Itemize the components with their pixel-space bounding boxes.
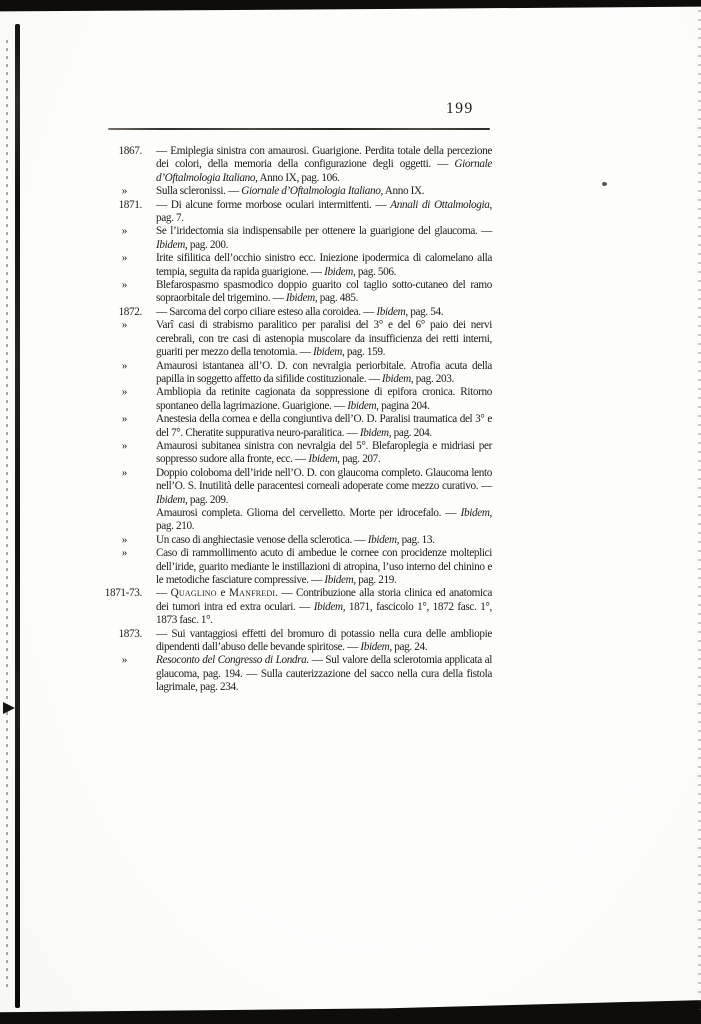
entry-text-run: pag. 506. <box>355 266 396 278</box>
journal-title: Ibidem, <box>368 534 399 546</box>
bibliography-entry: 1873.— Sui vantaggiosi effetti del bromu… <box>0 628 701 655</box>
header-rule <box>108 128 490 130</box>
entry-text: Amaurosi istantanea all’O. D. con nevral… <box>156 360 492 387</box>
bibliography-entry: »Ambliopia da retinite cagionata da sopp… <box>0 386 701 413</box>
bibliography-entry: 1871-73.— Quaglino e Manfredi. — Contrib… <box>0 587 701 627</box>
bibliography-entry: 1867.— Emiplegia sinistra con amaurosi. … <box>0 145 701 185</box>
entry-text: Amaurosi subitanea sinistra con nevralgi… <box>156 440 492 467</box>
entry-text-run: pag. 7. <box>156 212 184 224</box>
entry-text-run: pagina 204. <box>379 400 430 412</box>
ditto-mark: » <box>96 386 142 399</box>
entry-text: Sulla scleronissi. — Giornale d’Oftalmol… <box>156 185 492 198</box>
entry-text-run: pag. 207. <box>340 453 381 465</box>
entry-text-run: — Sui vantaggiosi effetti del bromuro di… <box>156 628 492 653</box>
entry-year-label: 1871. <box>96 199 142 212</box>
journal-title: Ibidem, <box>347 400 378 412</box>
journal-title: Annali di Ottalmologia, <box>390 199 492 211</box>
ditto-mark: » <box>96 654 142 667</box>
ditto-mark: » <box>96 279 142 292</box>
journal-title: Ibidem, <box>324 574 355 586</box>
entry-text-run: — Emiplegia sinistra con amaurosi. Guari… <box>156 145 492 170</box>
entry-year-label: 1871-73. <box>96 587 142 600</box>
entry-text-run: Anestesia della cornea e della congiunti… <box>156 413 492 438</box>
bibliography-entry: »Se l’iridectomia sia indispensabile per… <box>0 225 701 252</box>
entry-text: Anestesia della cornea e della congiunti… <box>156 413 492 440</box>
ditto-mark: » <box>96 185 142 198</box>
ditto-mark: » <box>96 252 142 265</box>
entry-text: Blefarospasmo spasmodico doppio guarito … <box>156 279 492 306</box>
journal-title: Ibidem, <box>314 601 345 613</box>
bibliography-entry: »Doppio coloboma dell’iride nell’O. D. c… <box>0 467 701 507</box>
entry-text-run: Manfredi <box>229 587 275 599</box>
entry-text-run: pag. 204. <box>391 427 432 439</box>
journal-title: Ibidem, <box>286 292 317 304</box>
entry-text: Un caso di anghiectasie venose della scl… <box>156 534 492 547</box>
journal-title: Ibidem, <box>360 641 391 653</box>
entry-text-run: pag. 219. <box>356 574 397 586</box>
margin-arrow-mark <box>3 702 15 714</box>
entry-text-run: pag. 203. <box>413 373 454 385</box>
entry-text-run: Se l’iridectomia sia indispensabile per … <box>156 225 492 237</box>
entry-text-run: Quaglino <box>171 587 217 599</box>
entry-text: Ambliopia da retinite cagionata da soppr… <box>156 386 492 413</box>
entry-text: — Emiplegia sinistra con amaurosi. Guari… <box>156 145 492 185</box>
bibliography-entry: »Anestesia della cornea e della congiunt… <box>0 413 701 440</box>
entry-text-run: pag. 13. <box>399 534 434 546</box>
journal-title: Ibidem, <box>308 453 339 465</box>
entry-text-run: pag. 54. <box>408 306 443 318</box>
entry-text: — Di alcune forme morbose oculari interm… <box>156 199 492 226</box>
journal-title: Ibidem, <box>382 373 413 385</box>
bibliography-entry: »Irite sifilitica dell’occhio sinistro e… <box>0 252 701 279</box>
entry-text: Se l’iridectomia sia indispensabile per … <box>156 225 492 252</box>
ditto-mark: » <box>96 360 142 373</box>
entry-year-label: 1867. <box>96 145 142 158</box>
journal-title: Ibidem, <box>324 266 355 278</box>
journal-title: Ibidem, <box>156 494 187 506</box>
entry-text-run: pag. 159. <box>344 346 385 358</box>
ditto-mark: » <box>96 225 142 238</box>
entry-text: Amaurosi completa. Glioma del cervellett… <box>156 507 492 534</box>
entry-text-run: pag. 485. <box>317 292 358 304</box>
journal-title: Ibidem, <box>313 346 344 358</box>
journal-title: Ibidem, <box>461 507 492 519</box>
entry-text-run: Ambliopia da retinite cagionata da soppr… <box>156 386 492 411</box>
ditto-mark: » <box>96 319 142 332</box>
bibliography-entry: 1872.— Sarcoma del corpo ciliare esteso … <box>0 306 701 319</box>
entry-text-run: pag. 200. <box>187 239 228 251</box>
entry-text-run: Anno IX, pag. 106. <box>258 172 340 184</box>
entry-text: Caso di rammollimento acuto di ambedue l… <box>156 547 492 587</box>
entry-year-label: 1872. <box>96 306 142 319</box>
bibliography-entry: »Caso di rammollimento acuto di ambedue … <box>0 547 701 587</box>
entry-text: Doppio coloboma dell’iride nell’O. D. co… <box>156 467 492 507</box>
journal-title: Ibidem, <box>156 239 187 251</box>
entry-text: Varî casi di strabismo paralitico per pa… <box>156 319 492 359</box>
entry-text-run: — <box>156 587 171 599</box>
entry-text-run: Doppio coloboma dell’iride nell’O. D. co… <box>156 467 492 492</box>
ditto-mark: » <box>96 547 142 560</box>
entry-text: — Sui vantaggiosi effetti del bromuro di… <box>156 628 492 655</box>
ditto-mark: » <box>96 534 142 547</box>
entry-text-run: pag. 209. <box>187 494 228 506</box>
bibliography-entry: »Blefarospasmo spasmodico doppio guarito… <box>0 279 701 306</box>
bibliography-entry: »Varî casi di strabismo paralitico per p… <box>0 319 701 359</box>
entry-text-run: — Di alcune forme morbose oculari interm… <box>156 199 390 211</box>
entry-text: Irite sifilitica dell’occhio sinistro ec… <box>156 252 492 279</box>
ditto-mark: » <box>96 413 142 426</box>
bibliography-entry: »Resoconto del Congresso di Londra. — Su… <box>0 654 701 694</box>
bibliography-entry: »Amaurosi subitanea sinistra con nevralg… <box>0 440 701 467</box>
entry-text-run: — Sarcoma del corpo ciliare esteso alla … <box>156 306 376 318</box>
journal-title: Ibidem, <box>360 427 391 439</box>
page-number: 199 <box>446 100 474 118</box>
entry-text-run: Un caso di anghiectasie venose della scl… <box>156 534 368 546</box>
entry-text-run: Sulla scleronissi. — <box>156 185 241 197</box>
journal-title: Giornale d’Oftalmologia Italiano, <box>241 185 383 197</box>
entry-text-run: pag. 210. <box>156 520 194 532</box>
bibliography-entries: 1867.— Emiplegia sinistra con amaurosi. … <box>0 145 701 695</box>
entry-text: Resoconto del Congresso di Londra. — Sul… <box>156 654 492 694</box>
entry-text-run: Amaurosi completa. Glioma del cervellett… <box>156 507 461 519</box>
bibliography-entry: »Amaurosi istantanea all’O. D. con nevra… <box>0 360 701 387</box>
bibliography-entry: Amaurosi completa. Glioma del cervellett… <box>0 507 701 534</box>
entry-text: — Sarcoma del corpo ciliare esteso alla … <box>156 306 492 319</box>
entry-year-label: 1873. <box>96 628 142 641</box>
bibliography-entry: 1871.— Di alcune forme morbose oculari i… <box>0 199 701 226</box>
entry-text: — Quaglino e Manfredi. — Contribuzione a… <box>156 587 492 627</box>
journal-title: Ibidem, <box>376 306 407 318</box>
entry-text-run: e <box>217 587 229 599</box>
entry-text-run: pag. 24. <box>392 641 427 653</box>
entry-text-run: Anno IX. <box>383 185 424 197</box>
bibliography-entry: »Un caso di anghiectasie venose della sc… <box>0 534 701 547</box>
journal-title: Resoconto del Congresso di Londra. <box>156 654 309 666</box>
ditto-mark: » <box>96 440 142 453</box>
ditto-mark: » <box>96 467 142 480</box>
bibliography-entry: »Sulla scleronissi. — Giornale d’Oftalmo… <box>0 185 701 198</box>
